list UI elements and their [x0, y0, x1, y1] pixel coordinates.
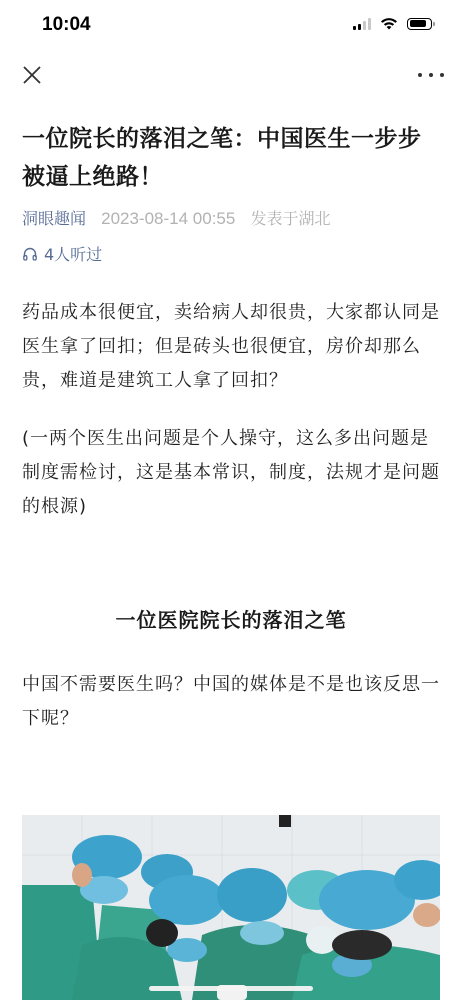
close-button[interactable] — [20, 63, 44, 87]
close-icon — [20, 63, 44, 87]
battery-icon — [407, 18, 432, 30]
paragraph: 中国不需要医生吗？中国的媒体是不是也该反思一下呢？ — [22, 668, 442, 736]
article-meta: 洞眼趣闻 2023-08-14 00:55 发表于湖北 — [22, 208, 442, 230]
cellular-signal-icon — [353, 18, 371, 30]
status-icons — [353, 17, 432, 30]
article-header: 一位院长的落泪之笔：中国医生一步步被逼上绝路！ 洞眼趣闻 2023-08-14 … — [22, 120, 442, 265]
section-heading: 一位医院院长的落泪之笔 — [0, 604, 462, 633]
publish-location: 发表于湖北 — [250, 209, 330, 228]
paragraph: (一两个医生出问题是个人操守，这么多出问题是制度需检讨，这是基本常识，制度，法规… — [22, 422, 442, 524]
more-button[interactable] — [418, 65, 444, 85]
wifi-icon — [380, 17, 398, 30]
more-icon-dot — [418, 73, 422, 77]
listen-button[interactable]: 4人听过 — [22, 242, 442, 265]
more-icon-dot — [429, 73, 433, 77]
more-icon-dot — [440, 73, 444, 77]
article-title: 一位院长的落泪之笔：中国医生一步步被逼上绝路！ — [22, 120, 442, 196]
article-image[interactable] — [22, 815, 440, 1000]
home-indicator[interactable] — [149, 986, 313, 991]
nav-bar — [0, 55, 462, 95]
status-time: 10:04 — [42, 14, 91, 36]
author-link[interactable]: 洞眼趣闻 — [22, 209, 86, 228]
paragraph: 药品成本很便宜，卖给病人却很贵，大家都认同是医生拿了回扣；但是砖头也很便宜，房价… — [22, 296, 442, 398]
surgeons-photo — [22, 815, 440, 1000]
headphones-icon — [22, 246, 38, 262]
listen-count: 4人听过 — [44, 242, 102, 265]
status-bar: 10:04 — [0, 0, 462, 50]
publish-date: 2023-08-14 00:55 — [101, 209, 235, 228]
